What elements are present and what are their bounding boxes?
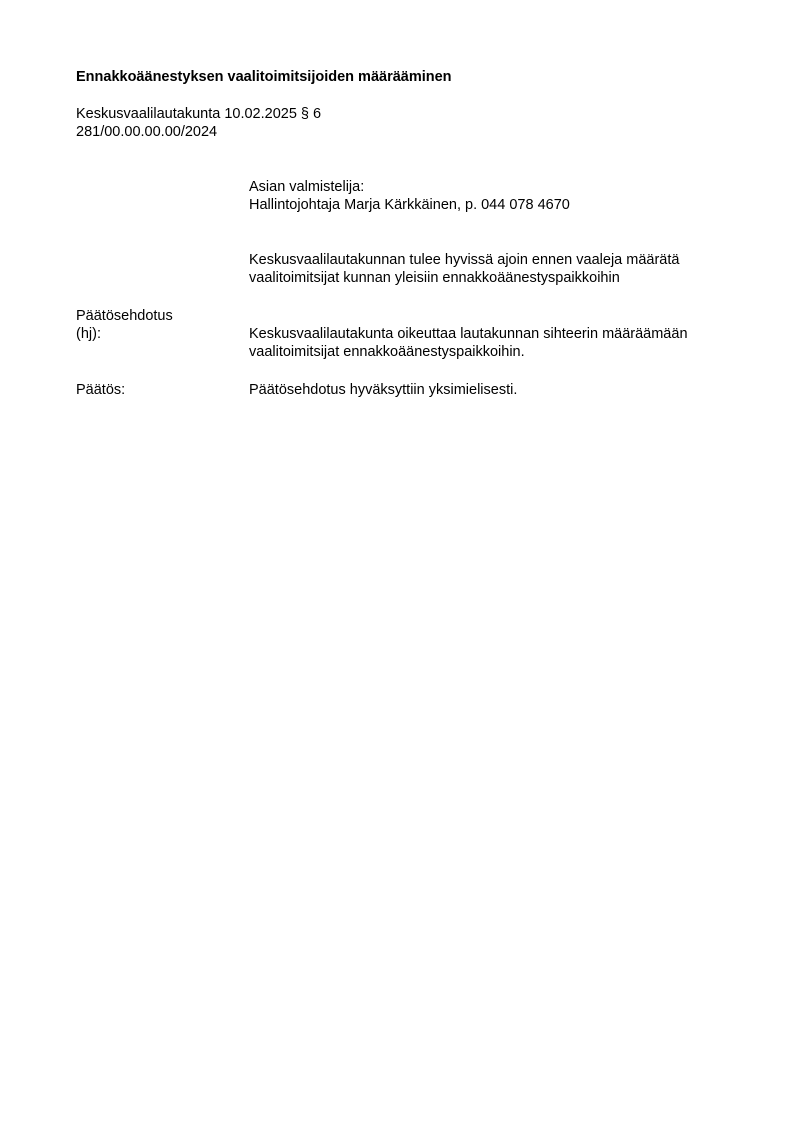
intro-line-2: vaalitoimitsijat kunnan yleisiin ennakko… — [249, 269, 732, 287]
record-number: 281/00.00.00.00/2024 — [76, 123, 217, 141]
proposal-label-line-1: Päätösehdotus — [76, 307, 173, 325]
intro-paragraph: Keskusvaalilautakunnan tulee hyvissä ajo… — [249, 251, 732, 287]
document-title: Ennakkoäänestyksen vaalitoimitsijoiden m… — [76, 68, 452, 86]
proposal-text: Keskusvaalilautakunta oikeuttaa lautakun… — [249, 325, 732, 361]
board-and-date: Keskusvaalilautakunta 10.02.2025 § 6 — [76, 105, 321, 123]
decision-label: Päätös: — [76, 381, 125, 399]
proposal-line-2: vaalitoimitsijat ennakkoäänestyspaikkoih… — [249, 343, 732, 361]
preparer-label: Asian valmistelija: — [249, 178, 364, 196]
intro-line-1: Keskusvaalilautakunnan tulee hyvissä ajo… — [249, 251, 732, 269]
proposal-line-1: Keskusvaalilautakunta oikeuttaa lautakun… — [249, 325, 732, 343]
preparer-value: Hallintojohtaja Marja Kärkkäinen, p. 044… — [249, 196, 570, 214]
proposal-label-line-2: (hj): — [76, 325, 101, 343]
decision-text: Päätösehdotus hyväksyttiin yksimielisest… — [249, 381, 517, 399]
